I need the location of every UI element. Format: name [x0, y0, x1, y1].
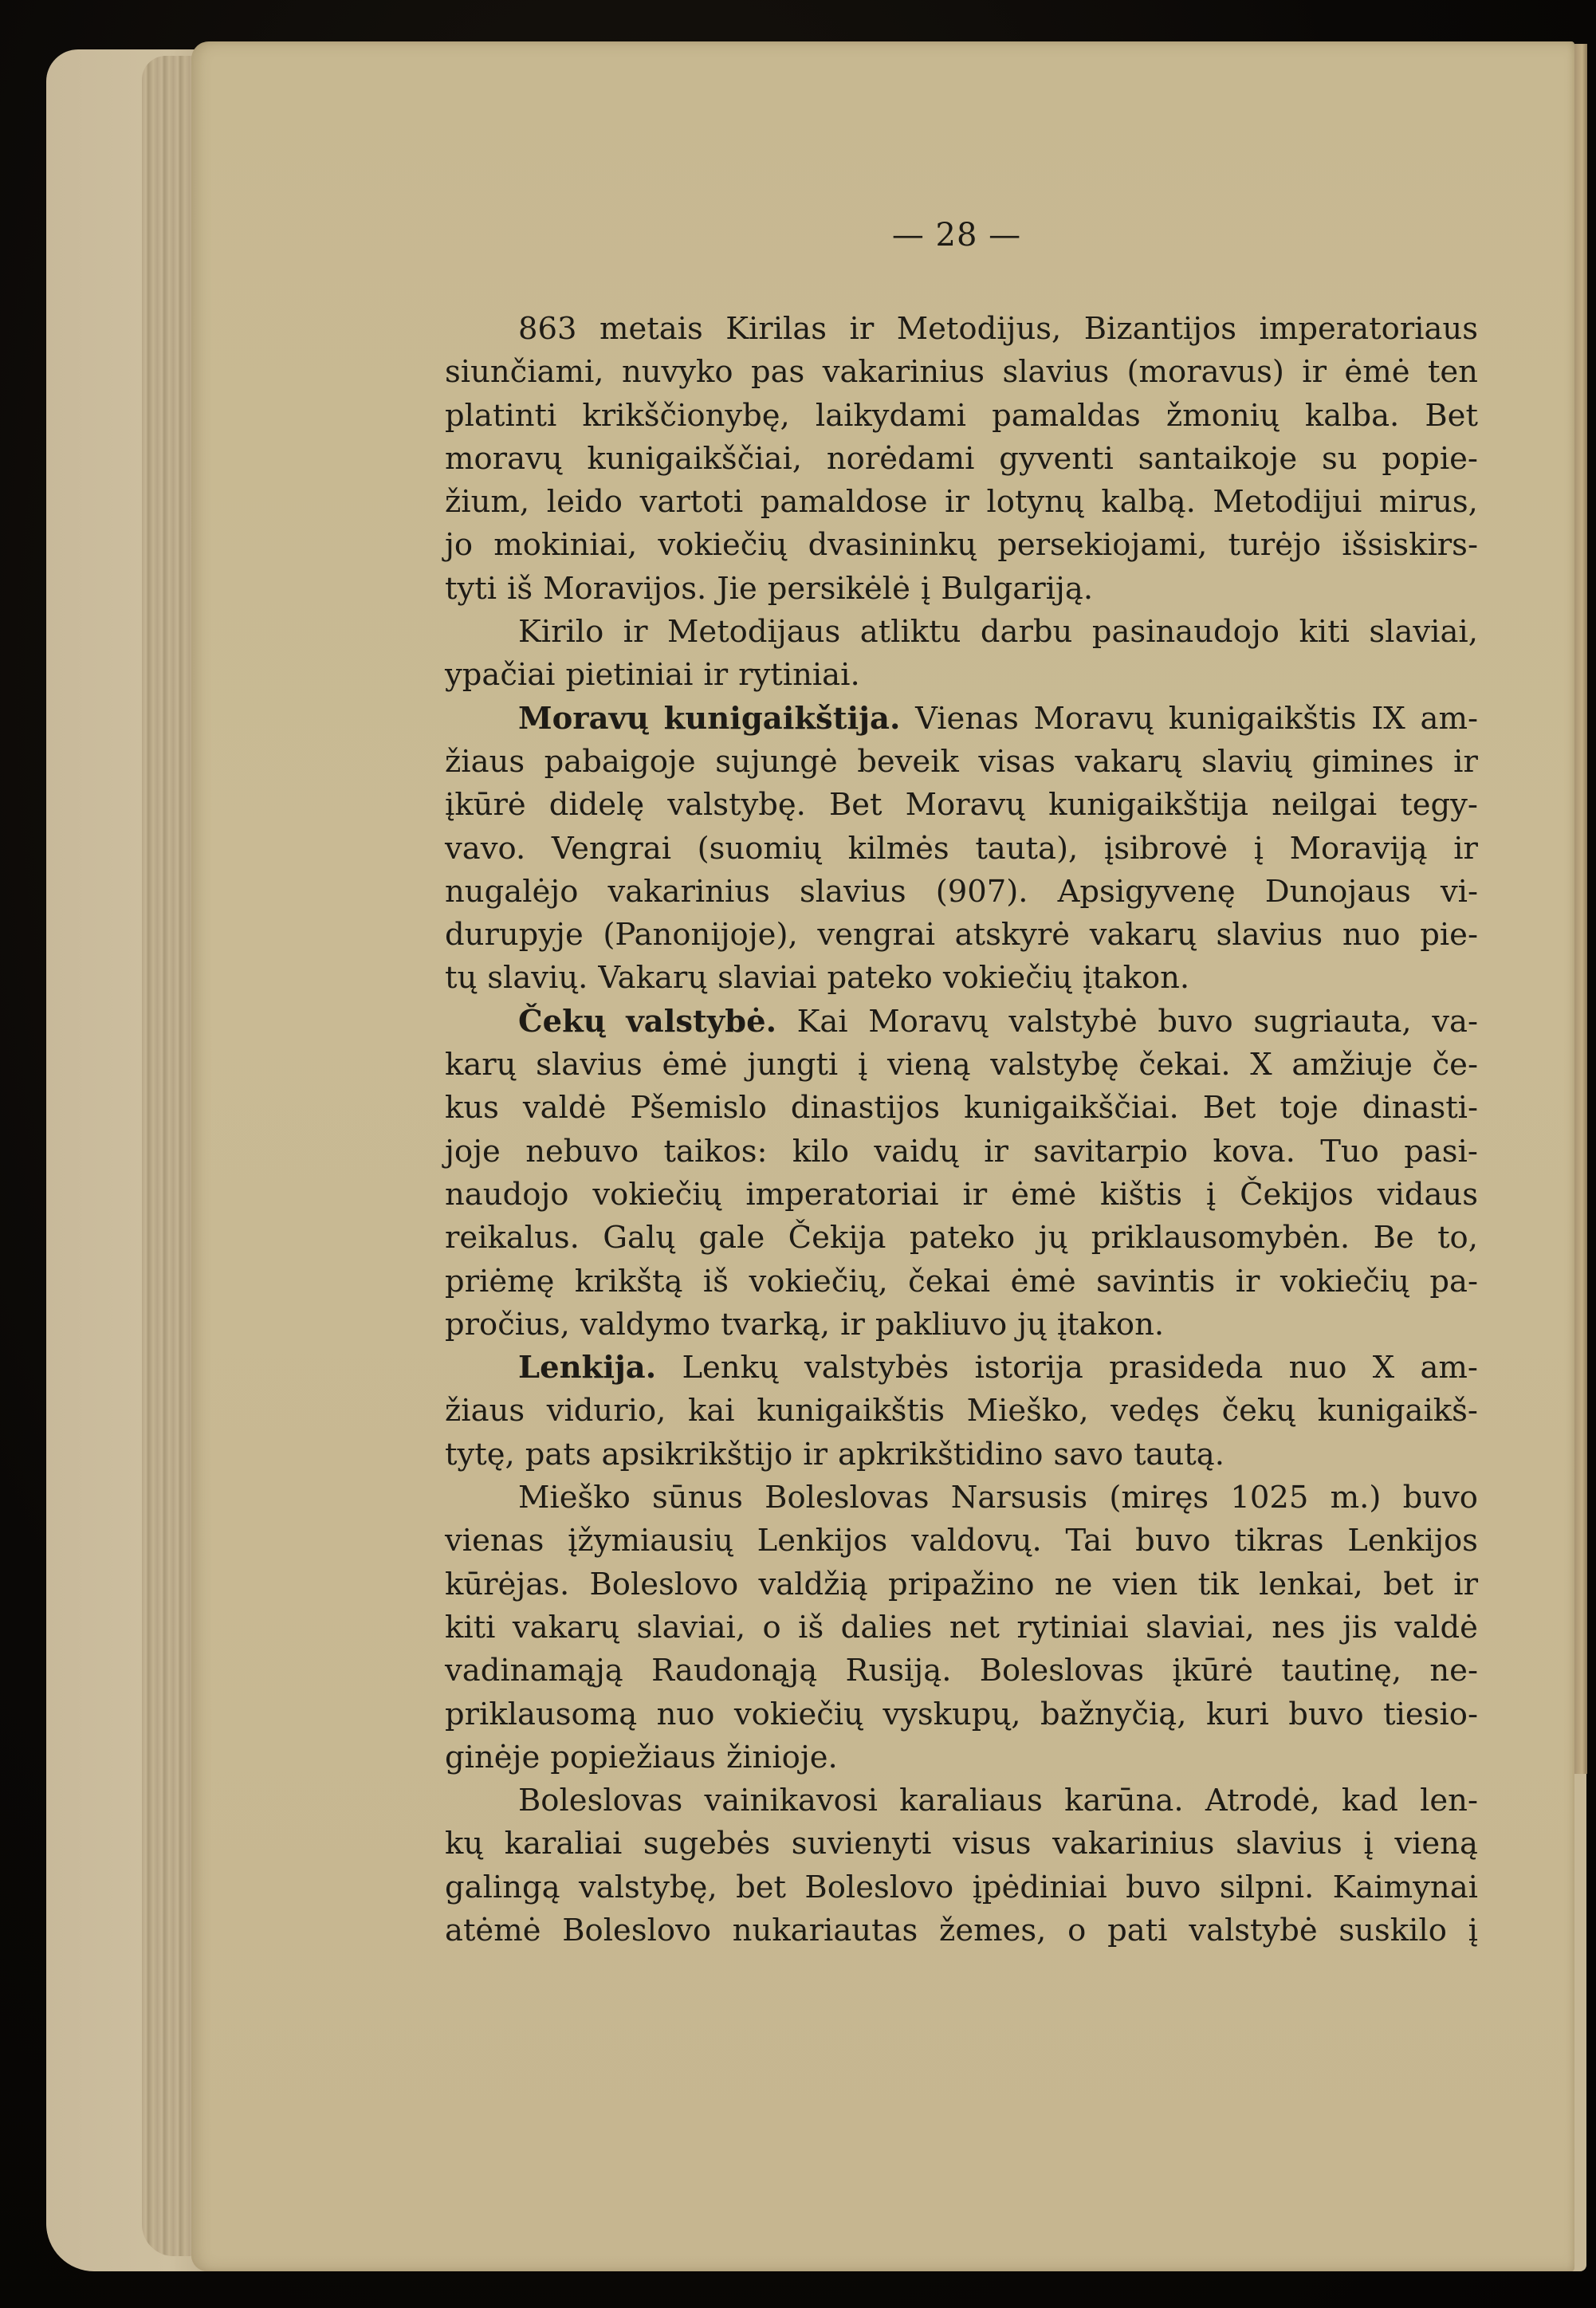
word: slavių	[1201, 741, 1292, 784]
word: priėmę	[445, 1260, 554, 1303]
text-line: pročius,valdymotvarką,irpakliuvojųįtakon…	[445, 1303, 1478, 1347]
text-line: galingąvalstybę,betBoleslovoįpėdiniaibuv…	[445, 1866, 1478, 1909]
word: įpėdiniai	[973, 1866, 1107, 1909]
text-line: moravųkunigaikščiai,norėdamigyventisanta…	[445, 438, 1478, 481]
word: če-	[1433, 1044, 1478, 1087]
word: kunigaikščiai.	[964, 1087, 1179, 1130]
word: Mieško,	[967, 1390, 1089, 1433]
word: pats	[525, 1433, 592, 1476]
word: vien	[1113, 1563, 1178, 1606]
word: naudojo	[445, 1174, 569, 1217]
word: pateko	[910, 1217, 1015, 1260]
word: Be	[1374, 1217, 1414, 1260]
word: am-	[1421, 698, 1478, 741]
word: vieną	[887, 1044, 971, 1087]
word: mokiniai,	[493, 524, 637, 567]
word: atėmė	[445, 1909, 541, 1952]
word: Boleslovas	[980, 1649, 1144, 1693]
word: ėmė	[1011, 1260, 1076, 1303]
paragraph: MieškosūnusBoleslovasNarsusis(miręs1025m…	[445, 1476, 1478, 1779]
word: istorija	[975, 1347, 1083, 1390]
word: ypačiai	[445, 654, 556, 697]
word: dvasininkų	[808, 524, 977, 567]
text-line: karųslaviusėmėjungtiįvienąvalstybęčekai.…	[445, 1044, 1478, 1087]
word: tikras	[1234, 1520, 1323, 1563]
word: pasinaudojo	[1092, 611, 1280, 654]
text-line: Lenkija.Lenkųvalstybėsistorijaprasidedan…	[445, 1347, 1478, 1390]
word: persikėlė	[768, 568, 910, 611]
word: vokiečių	[658, 524, 787, 567]
word: čekų	[1222, 1390, 1295, 1433]
word: bet	[736, 1866, 786, 1909]
section-heading-word: Čekų	[518, 1001, 606, 1044]
word: Raudonąją	[651, 1649, 817, 1693]
word: imperatoriaus	[1260, 308, 1478, 351]
word: vartoti	[640, 481, 744, 524]
word: 863	[518, 308, 577, 351]
word: laikydami	[816, 395, 966, 438]
word: vokiečių	[943, 957, 1072, 1000]
word: toje	[1280, 1087, 1338, 1130]
text-line: vienasįžymiausiųLenkijosvaldovų.Taibuvot…	[445, 1520, 1478, 1563]
word: IX	[1371, 698, 1405, 741]
word: ėmė	[1344, 351, 1409, 394]
word: pati	[1107, 1909, 1167, 1952]
word: vidurio,	[547, 1390, 666, 1433]
word: karaliai	[505, 1822, 623, 1866]
word: Moravų	[906, 784, 1026, 827]
word: žemes,	[939, 1909, 1046, 1952]
word: am-	[1420, 1347, 1477, 1390]
word: Galų	[603, 1217, 675, 1260]
word: ir	[945, 481, 969, 524]
text-line: nugalėjovakariniusslavius(907).Apsigyven…	[445, 871, 1478, 914]
text-line: ypačiaipietiniaiirrytiniai.	[445, 654, 1478, 697]
word: tautą.	[1134, 1433, 1225, 1476]
word: ir	[1453, 828, 1478, 871]
word: kova.	[1213, 1130, 1295, 1174]
word: imperatoriai	[745, 1174, 938, 1217]
word: santaikoje	[1138, 438, 1297, 481]
word: valstybę.	[667, 784, 806, 827]
word: reikalus.	[445, 1217, 580, 1260]
word: į	[1254, 828, 1264, 871]
word: o	[1067, 1909, 1086, 1952]
word: vengrai	[817, 914, 935, 957]
word: Dunojaus	[1265, 871, 1411, 914]
word: vakarų	[1075, 741, 1181, 784]
text-line: priėmękrikštąišvokiečių,čekaiėmėsavintis…	[445, 1260, 1478, 1303]
word: įtakon.	[1057, 1303, 1164, 1347]
text-line: durupyje(Panonijoje),vengraiatskyrėvakar…	[445, 914, 1478, 957]
text-line: ginėjepopiežiausžinioje.	[445, 1736, 1478, 1779]
word: savo	[1053, 1433, 1123, 1476]
word: ėmė	[1011, 1174, 1076, 1217]
word: su	[1322, 438, 1358, 481]
word: vainikavosi	[705, 1779, 878, 1822]
word: pateko	[827, 957, 932, 1000]
word: žium,	[445, 481, 529, 524]
word: čekai.	[1138, 1044, 1230, 1087]
word: krikščionybę,	[582, 395, 789, 438]
word: Čekija	[788, 1217, 886, 1260]
word: tvarką,	[721, 1303, 830, 1347]
word: galingą	[445, 1866, 560, 1909]
word: vedęs	[1111, 1390, 1200, 1433]
word: Boleslovo	[589, 1563, 738, 1606]
word: iš	[798, 1606, 824, 1649]
word: kunigaikš-	[1318, 1390, 1478, 1433]
word: Vengrai	[552, 828, 671, 871]
word: jungti	[747, 1044, 838, 1087]
word: slaviai,	[1146, 1606, 1255, 1649]
word: pietiniai	[566, 654, 694, 697]
word: įžymiausių	[568, 1520, 733, 1563]
word: bažnyčią,	[1040, 1693, 1187, 1736]
word: atskyrė	[955, 914, 1070, 957]
word: Pšemislo	[630, 1087, 766, 1130]
word: karaliaus	[899, 1779, 1043, 1822]
word: nebuvo	[525, 1130, 639, 1174]
word: kilo	[792, 1130, 849, 1174]
word: Bet	[829, 784, 883, 827]
word: vi-	[1441, 871, 1478, 914]
word: taikos:	[664, 1130, 768, 1174]
word: Narsusis	[951, 1476, 1087, 1520]
word: pročius,	[445, 1303, 570, 1347]
word: Apsigyvenę	[1058, 871, 1236, 914]
word: len-	[1420, 1779, 1478, 1822]
word: popie-	[1382, 438, 1478, 481]
word: kus	[445, 1087, 499, 1130]
word: Jie	[717, 568, 757, 611]
word: visus	[953, 1822, 1031, 1866]
word: persekiojami,	[997, 524, 1207, 567]
word: ginėje	[445, 1736, 540, 1779]
word: valstybė	[1189, 1909, 1317, 1952]
word: Bet	[1203, 1087, 1256, 1130]
text-line: reikalus.GalųgaleČekijapatekojųpriklauso…	[445, 1217, 1478, 1260]
word: kuri	[1206, 1693, 1269, 1736]
paragraph: Boleslovasvainikavosikaraliauskarūna.Atr…	[445, 1779, 1478, 1952]
word: jų	[1017, 1303, 1047, 1347]
text-line: žium,leidovartotipamaldoseirlotynųkalbą.…	[445, 481, 1478, 524]
word: rytiniai.	[738, 654, 860, 697]
word: nes	[1272, 1606, 1325, 1649]
word: Kaimynai	[1333, 1866, 1478, 1909]
word: valdymo	[580, 1303, 710, 1347]
word: Boleslovo	[804, 1866, 953, 1909]
paragraph: Čekųvalstybė.KaiMoravųvalstybėbuvosugria…	[445, 1001, 1478, 1347]
word: Moravijos.	[543, 568, 706, 611]
page-right-edge	[1574, 44, 1587, 1774]
word: va-	[1432, 1001, 1478, 1044]
word: o	[763, 1606, 781, 1649]
word: Bizantijos	[1084, 308, 1236, 351]
word: suskilo	[1339, 1909, 1446, 1952]
text-line: jomokiniai,vokiečiųdvasininkųpersekiojam…	[445, 524, 1478, 567]
word: vidaus	[1378, 1174, 1478, 1217]
word: krikštą	[575, 1260, 683, 1303]
word: kiti	[1299, 611, 1349, 654]
word: (suomių	[698, 828, 822, 871]
word: valdovų.	[911, 1520, 1042, 1563]
section-heading-word: Moravų	[518, 698, 649, 741]
word: ten	[1428, 351, 1478, 394]
section-heading-word: valstybė.	[626, 1001, 776, 1044]
word: turėjo	[1228, 524, 1322, 567]
word: Metodijaus	[667, 611, 840, 654]
text-line: MieškosūnusBoleslovasNarsusis(miręs1025m…	[445, 1476, 1478, 1520]
word: ir	[984, 1130, 1008, 1174]
text-line: siunčiami,nuvykopasvakariniusslavius(mor…	[445, 351, 1478, 394]
word: tegy-	[1400, 784, 1478, 827]
word: durupyje	[445, 914, 584, 957]
word: m.)	[1331, 1476, 1382, 1520]
word: moravų	[445, 438, 563, 481]
word: prasideda	[1109, 1347, 1263, 1390]
word: Moravų	[868, 1001, 989, 1044]
word: ir	[962, 1174, 987, 1217]
word: vienas	[445, 1520, 544, 1563]
word: Boleslovas	[765, 1476, 929, 1520]
word: įkūrė	[445, 784, 526, 827]
word: neilgai	[1272, 784, 1377, 827]
word: kunigaikščiai,	[587, 438, 802, 481]
word: vokiečių	[592, 1174, 721, 1217]
text-line: KiriloirMetodijausatliktudarbupasinaudoj…	[445, 611, 1478, 654]
word: silpni.	[1220, 1866, 1314, 1909]
section-heading-word: kunigaikštija.	[664, 698, 901, 741]
word: tyti	[445, 568, 497, 611]
text-line: Moravųkunigaikštija.VienasMoravųkunigaik…	[445, 698, 1478, 741]
word: platinti	[445, 395, 556, 438]
text-line: vavo.Vengrai(suomiųkilmėstauta),įsibrovė…	[445, 828, 1478, 871]
word: X	[1250, 1044, 1272, 1087]
word: čekai	[908, 1260, 990, 1303]
word: tauta),	[975, 828, 1078, 871]
word: bet	[1383, 1563, 1433, 1606]
word: pie-	[1420, 914, 1478, 957]
word: sugriauta,	[1253, 1001, 1411, 1044]
word: Kirilo	[518, 611, 603, 654]
word: vakarinius	[1052, 1822, 1214, 1866]
word: Metodijui	[1213, 481, 1362, 524]
word: Čekijos	[1240, 1174, 1354, 1217]
word: į	[1206, 1174, 1216, 1217]
word: slavius	[800, 871, 906, 914]
word: ne	[1055, 1563, 1093, 1606]
word: pas	[751, 351, 804, 394]
word: karūna.	[1064, 1779, 1183, 1822]
word: to,	[1437, 1217, 1478, 1260]
word: ėmė	[662, 1044, 728, 1087]
word: iš	[507, 568, 533, 611]
word: kištis	[1100, 1174, 1182, 1217]
word: sūnus	[652, 1476, 743, 1520]
word: valdė	[523, 1087, 606, 1130]
word: gale	[699, 1217, 765, 1260]
word: ne-	[1429, 1649, 1478, 1693]
word: į	[1468, 1909, 1478, 1952]
text-line: žiausvidurio,kaikunigaikštisMieško,vedęs…	[445, 1390, 1478, 1433]
text-line: tytiišMoravijos.JiepersikėlėįBulgariją.	[445, 568, 1478, 611]
paragraph: 863metaisKirilasirMetodijus,Bizantijosim…	[445, 308, 1478, 611]
word: pasi-	[1404, 1130, 1478, 1174]
word: mirus,	[1379, 481, 1478, 524]
text-line: kitivakarųslaviai,oišdaliesnetrytiniaisl…	[445, 1606, 1478, 1649]
word: kad	[1342, 1779, 1398, 1822]
word: kų	[445, 1822, 483, 1866]
word: Bulgariją.	[941, 568, 1093, 611]
word: (907).	[936, 871, 1028, 914]
word: priklausomybėn.	[1091, 1217, 1350, 1260]
word: vieną	[1394, 1822, 1478, 1866]
word: įkūrė	[1172, 1649, 1253, 1693]
text-line: žiauspabaigojesujungėbeveikvisasvakarųsl…	[445, 741, 1478, 784]
word: Bet	[1425, 395, 1478, 438]
body-text: 863metaisKirilasirMetodijus,Bizantijosim…	[445, 308, 1478, 1952]
word: slavius	[1002, 351, 1109, 394]
word: buvo	[1288, 1693, 1363, 1736]
word: lenkai,	[1259, 1563, 1363, 1606]
word: visas	[978, 741, 1055, 784]
word: vaidų	[874, 1130, 958, 1174]
word: žiaus	[445, 741, 525, 784]
word: kilmės	[848, 828, 949, 871]
word: nuo	[1342, 914, 1401, 957]
word: pakliuvo	[875, 1303, 1007, 1347]
word: išsiskirs-	[1342, 524, 1478, 567]
word: valdžią	[759, 1563, 868, 1606]
word: 1025	[1230, 1476, 1308, 1520]
word: net	[949, 1606, 1000, 1649]
word: slaviai,	[637, 1606, 746, 1649]
word: slaviai,	[1369, 611, 1478, 654]
word: jų	[1039, 1217, 1068, 1260]
word: valdė	[1394, 1606, 1477, 1649]
word: vadinamąją	[445, 1649, 623, 1693]
word: vakarinius	[608, 871, 770, 914]
word: popiežiaus	[550, 1736, 716, 1779]
word: slavius	[1217, 914, 1323, 957]
word: kai	[688, 1390, 735, 1433]
word: tų	[445, 957, 477, 1000]
word: Kai	[797, 1001, 848, 1044]
text-line: įkūrėdidelęvalstybę.BetMoravųkunigaikšti…	[445, 784, 1478, 827]
word: gyventi	[999, 438, 1114, 481]
word: valstybę,	[579, 1866, 717, 1909]
word: ir	[1302, 351, 1327, 394]
word: sujungė	[715, 741, 838, 784]
text-line: kūrėjas.Boleslovovaldžiąpripažinonevient…	[445, 1563, 1478, 1606]
word: priklausomą	[445, 1693, 637, 1736]
word: ir	[703, 654, 728, 697]
section-heading-word: Lenkija.	[518, 1347, 656, 1390]
text-line: atėmėBoleslovonukariautasžemes,opativals…	[445, 1909, 1478, 1952]
word: kūrėjas.	[445, 1563, 569, 1606]
paragraph: KiriloirMetodijausatliktudarbupasinaudoj…	[445, 611, 1478, 698]
text-line: tytę,patsapsikrikštijoirapkrikštidinosav…	[445, 1433, 1478, 1476]
word: rytiniai	[1016, 1606, 1128, 1649]
text-line: 863metaisKirilasirMetodijus,Bizantijosim…	[445, 308, 1478, 351]
word: (miręs	[1109, 1476, 1209, 1520]
text-line: Boleslovasvainikavosikaraliauskarūna.Atr…	[445, 1779, 1478, 1822]
word: tiesio-	[1383, 1693, 1478, 1736]
word: nukariautas	[733, 1909, 918, 1952]
word: Moraviją	[1290, 828, 1428, 871]
word: buvo	[1126, 1866, 1201, 1909]
word: slaviai	[717, 957, 816, 1000]
word: ir	[1236, 1260, 1260, 1303]
word: į	[921, 568, 930, 611]
word: slavius	[1236, 1822, 1342, 1866]
word: Vienas	[915, 698, 1019, 741]
word: slavius	[536, 1044, 643, 1087]
word: žmonių	[1166, 395, 1280, 438]
word: norėdami	[827, 438, 975, 481]
text-line: platintikrikščionybę,laikydamipamaldasžm…	[445, 395, 1478, 438]
word: leido	[547, 481, 623, 524]
word: nuo	[657, 1693, 715, 1736]
word: įtakon.	[1083, 957, 1189, 1000]
word: pa-	[1429, 1260, 1478, 1303]
word: atliktu	[860, 611, 961, 654]
word: įsibrovė	[1104, 828, 1228, 871]
word: (Panonijoje),	[603, 914, 797, 957]
word: valstybė	[1008, 1001, 1137, 1044]
word: Lenkijos	[757, 1520, 888, 1563]
word: slavių.	[487, 957, 588, 1000]
text-line: vadinamąjąRaudonąjąRusiją.Boleslovasįkūr…	[445, 1649, 1478, 1693]
word: žiaus	[445, 1390, 525, 1433]
page-number: — 28 —	[797, 217, 1116, 254]
word: Tuo	[1320, 1130, 1379, 1174]
word: kalba.	[1305, 395, 1399, 438]
word: nuo	[1289, 1347, 1347, 1390]
word: į	[1363, 1822, 1373, 1866]
word: dinastijos	[791, 1087, 940, 1130]
word: kunigaikštis	[757, 1390, 945, 1433]
word: savitarpio	[1033, 1130, 1188, 1174]
word: kunigaikštis	[1169, 698, 1357, 741]
word: kalbą.	[1101, 481, 1195, 524]
word: Mieško	[518, 1476, 631, 1520]
word: dinasti-	[1362, 1087, 1478, 1130]
word: gimines	[1312, 741, 1434, 784]
text-line: jojenebuvotaikos:kilovaidųirsavitarpioko…	[445, 1130, 1478, 1174]
word: ir	[1453, 741, 1478, 784]
word: joje	[445, 1130, 501, 1174]
paragraph: Lenkija.Lenkųvalstybėsistorijaprasidedan…	[445, 1347, 1478, 1476]
word: Tai	[1065, 1520, 1111, 1563]
word: Moravų	[1034, 698, 1154, 741]
word: ir	[1453, 1563, 1478, 1606]
word: buvo	[1403, 1476, 1478, 1520]
word: beveik	[857, 741, 959, 784]
word: Rusiją.	[845, 1649, 951, 1693]
text-line: priklausomąnuovokiečiųvyskupų,bažnyčią,k…	[445, 1693, 1478, 1736]
word: didelę	[549, 784, 645, 827]
word: (moravus)	[1127, 351, 1284, 394]
word: pamaldas	[992, 395, 1141, 438]
word: Atrodė,	[1205, 1779, 1320, 1822]
word: jo	[445, 524, 473, 567]
word: kiti	[445, 1606, 495, 1649]
word: valstybę	[990, 1044, 1118, 1087]
word: ir	[623, 611, 648, 654]
word: ir	[840, 1303, 865, 1347]
